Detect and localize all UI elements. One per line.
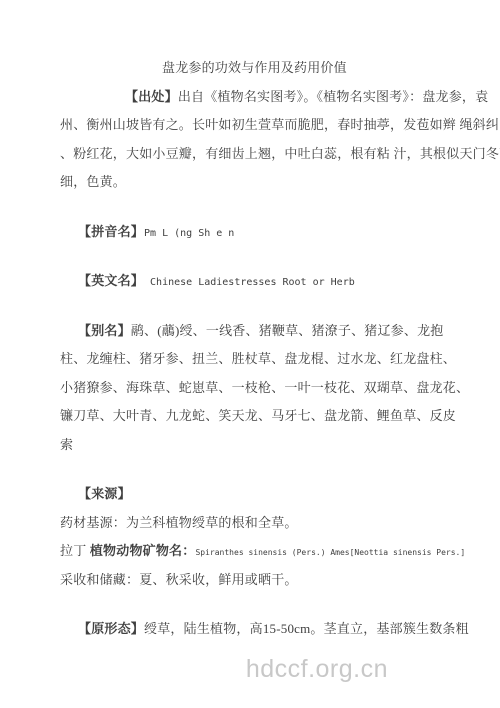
pinyin-label: 【拼音名】 [78, 224, 144, 239]
bieming-line4-text: 镰刀草、大叶青、九龙蛇、笑天龙、马牙七、盘龙箭、鲤鱼草、反皮 [60, 408, 456, 423]
section-spacer [60, 594, 445, 615]
yuanxingtai-line1-text: 绶草，陆生植物，高15-50cm。茎直立，基部簇生数条粗 [144, 621, 469, 636]
section-chuchu-line3: 、粉红花，大如小豆瓣，有细齿上翘，中吐白蕊，根有粘 汁，其根似天门冬而微 [60, 140, 445, 169]
laiyuan-caishou-text: 采收和储藏：夏、秋采收，鲜用或晒干。 [60, 572, 298, 587]
bieming-line3-text: 小猪獠参、海珠草、蛇崽草、一枝枪、一叶一枝花、双瑚草、盘龙花、 [60, 380, 469, 395]
section-spacer [60, 296, 445, 317]
section-spacer [60, 459, 445, 480]
section-pinyin: 【拼音名】Pm L (ng Sh e n [60, 218, 445, 247]
bieming-line2-text: 柱、龙缠柱、猪牙参、扭兰、胜杖草、盘龙棍、过水龙、红龙盘柱、 [60, 351, 456, 366]
section-spacer [60, 246, 445, 267]
chuchu-label: 【出处】 [125, 89, 178, 104]
section-laiyuan-latin: 拉丁 植物动物矿物名：Spiranthes sinensis (Pers.) A… [60, 537, 445, 566]
page-title-text: 盘龙参的功效与作用及药用价值 [162, 60, 347, 75]
section-laiyuan-label: 【来源】 [60, 480, 445, 509]
site-watermark: hdccf.org.cn [246, 655, 388, 684]
english-label: 【英文名】 [78, 273, 144, 288]
english-value: Chinese Ladiestresses Root or Herb [144, 277, 355, 288]
laiyuan-jiyuan-text: 药材基源：为兰科植物绶草的根和全草。 [60, 515, 298, 530]
section-bieming-line1: 【别名】鹝、(虉)绶、一线香、猪鞭草、猪潦子、猪辽参、龙抱 [60, 317, 445, 346]
bieming-line1-text: 鹝、(虉)绶、一线香、猪鞭草、猪潦子、猪辽参、龙抱 [131, 323, 444, 338]
section-yuanxingtai-line1: 【原形态】绶草，陆生植物，高15-50cm。茎直立，基部簇生数条粗 [60, 615, 445, 644]
section-spacer [60, 197, 445, 218]
laiyuan-latin-label: 植物动物矿物名： [90, 543, 196, 558]
bieming-label: 【别名】 [78, 323, 131, 338]
section-chuchu-line2: 州、衡州山坡皆有之。长叶如初生萱草而脆肥，春时抽葶，发苞如辫 绳斜纠，开lJ [60, 111, 445, 140]
chuchu-line2-text: 州、衡州山坡皆有之。长叶如初生萱草而脆肥，春时抽葶，发苞如辫 绳斜纠，开lJ [60, 117, 500, 132]
pinyin-value: Pm L (ng Sh e n [144, 228, 234, 239]
section-laiyuan-jiyuan: 药材基源：为兰科植物绶草的根和全草。 [60, 509, 445, 538]
bieming-line5-text: 索 [60, 437, 73, 452]
document-page: 盘龙参的功效与作用及药用价值 【出处】出自《植物名实图考》。《植物名实图考》：盘… [60, 54, 445, 644]
page-title: 盘龙参的功效与作用及药用价值 [60, 54, 445, 83]
chuchu-line4-text: 细，色黄。 [60, 174, 126, 189]
yuanxingtai-label: 【原形态】 [78, 621, 144, 636]
section-bieming-line5: 索 [60, 431, 445, 460]
section-bieming-line4: 镰刀草、大叶青、九龙蛇、笑天龙、马牙七、盘龙箭、鲤鱼草、反皮 [60, 402, 445, 431]
section-chuchu-line4: 细，色黄。 [60, 168, 445, 197]
chuchu-line3-text: 、粉红花，大如小豆瓣，有细齿上翘，中吐白蕊，根有粘 汁，其根似天门冬而微 [60, 146, 500, 161]
section-bieming-line3: 小猪獠参、海珠草、蛇崽草、一枝枪、一叶一枝花、双瑚草、盘龙花、 [60, 374, 445, 403]
laiyuan-latin-prefix: 拉丁 [60, 543, 90, 558]
section-chuchu-line1: 【出处】出自《植物名实图考》。《植物名实图考》：盘龙参，袁 [60, 83, 445, 112]
laiyuan-label: 【来源】 [78, 486, 131, 501]
section-bieming-line2: 柱、龙缠柱、猪牙参、扭兰、胜杖草、盘龙棍、过水龙、红龙盘柱、 [60, 345, 445, 374]
section-laiyuan-caishou: 采收和储藏：夏、秋采收，鲜用或晒干。 [60, 566, 445, 595]
section-english: 【英文名】 Chinese Ladiestresses Root or Herb [60, 267, 445, 296]
laiyuan-latin-value: Spiranthes sinensis (Pers.) Ames[Neottia… [195, 548, 465, 557]
chuchu-line1-text: 出自《植物名实图考》。《植物名实图考》：盘龙参，袁 [178, 89, 489, 104]
